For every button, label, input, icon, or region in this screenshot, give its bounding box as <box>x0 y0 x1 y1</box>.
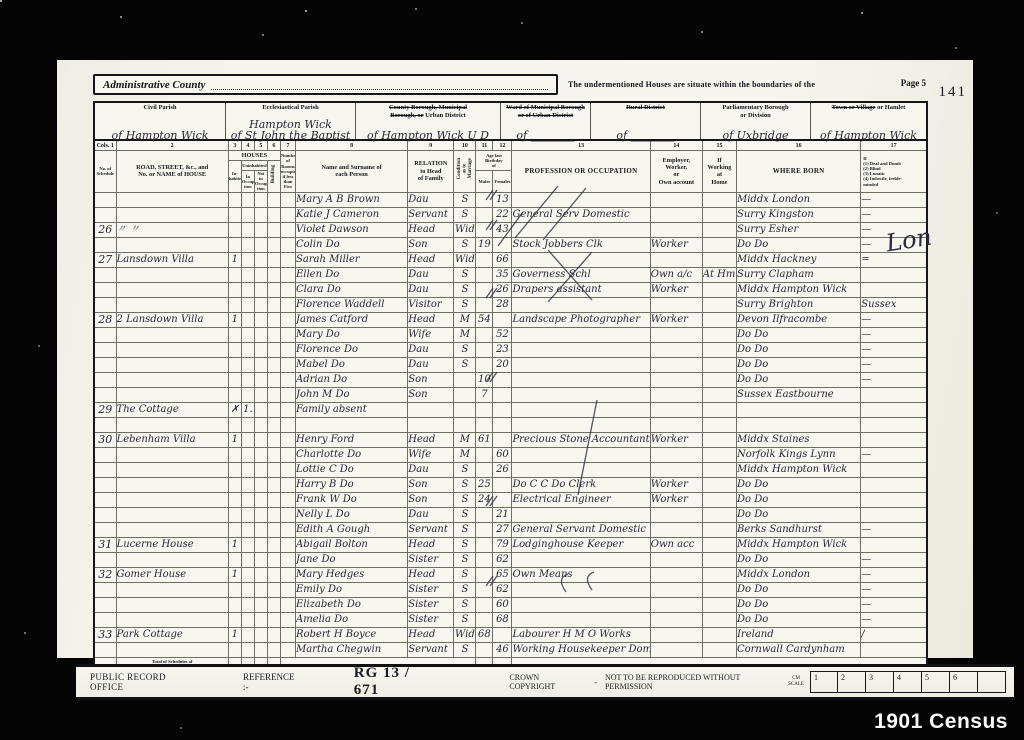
cell-m17: — <box>861 552 927 567</box>
cell-born: Do Do <box>736 357 860 372</box>
cell-f: 13 <box>493 192 512 207</box>
census-row: Clara DoDauS26Drapers assistantWorkerMid… <box>94 282 927 297</box>
cell-h6 <box>267 537 280 552</box>
cell-rooms <box>280 327 295 342</box>
cell-occ <box>512 612 650 627</box>
cell-f: 62 <box>493 582 512 597</box>
ruler-cell: 3 <box>866 671 894 693</box>
header-area-label: Ecclesiastical Parish <box>226 103 355 112</box>
census-row: Florence DoDauS23Do Do— <box>94 342 927 357</box>
cell-rooms <box>280 282 295 297</box>
cell-road <box>116 387 228 402</box>
cell-h6 <box>267 552 280 567</box>
cell-home <box>702 357 736 372</box>
census-row: Frank W DoSonS24Electrical EngineerWorke… <box>94 492 927 507</box>
cell-rel: Dau <box>408 462 454 477</box>
cell-h5 <box>254 342 267 357</box>
cell-rel: Head <box>408 312 454 327</box>
census-row: John M DoSon7Sussex Eastbourne <box>94 387 927 402</box>
cell-home <box>702 522 736 537</box>
cell-road: Lebenham Villa <box>116 432 228 447</box>
cell-name: Charlotte Do <box>295 447 407 462</box>
cell-emp <box>650 567 702 582</box>
cell-m17: — <box>861 327 927 342</box>
admin-county-row: Administrative County The undermentioned… <box>93 74 928 100</box>
cell-h4 <box>241 447 254 462</box>
cell-rel: Wife <box>408 327 454 342</box>
col-number: 12 <box>493 140 512 151</box>
cell-f: 66 <box>493 252 512 267</box>
cell-born: Do Do <box>736 552 860 567</box>
cell-h3 <box>228 207 241 222</box>
cell-occ: General Servant Domestic <box>512 522 650 537</box>
cell-m17 <box>861 537 927 552</box>
cell-cond: S <box>454 492 476 507</box>
cell-rel: Dau <box>408 357 454 372</box>
cell-road <box>116 357 228 372</box>
cell-m <box>476 567 493 582</box>
census-row <box>94 417 927 432</box>
cell-rooms <box>280 582 295 597</box>
cell-born: Do Do <box>736 507 860 522</box>
cell-h3 <box>228 582 241 597</box>
cell-emp <box>650 222 702 237</box>
cell-name: Mary Hedges <box>295 567 407 582</box>
cell-rooms <box>280 267 295 282</box>
cell-h4 <box>241 252 254 267</box>
cell-born <box>736 417 860 432</box>
census-row: Nelly L DoDauS21Do Do <box>94 507 927 522</box>
cell-occ: Stock Jobbers Clk <box>512 237 650 252</box>
cell-h5 <box>254 297 267 312</box>
cell-occ <box>512 372 650 387</box>
census-row: Edith A GoughServantS27General Servant D… <box>94 522 927 537</box>
cell-occ <box>512 327 650 342</box>
cell-rel: Sister <box>408 552 454 567</box>
cell-h4 <box>241 237 254 252</box>
cell-sch <box>94 492 116 507</box>
cell-m: 24 <box>476 492 493 507</box>
cell-name: Amelia Do <box>295 612 407 627</box>
cell-road <box>116 192 228 207</box>
cell-h4 <box>241 537 254 552</box>
cell-road: Lucerne House <box>116 537 228 552</box>
cell-m: 19 <box>476 237 493 252</box>
header-area-label: Civil Parish <box>95 103 225 112</box>
cell-rooms <box>280 357 295 372</box>
cell-m17 <box>861 432 927 447</box>
cell-m <box>476 417 493 432</box>
cell-emp: Worker <box>650 432 702 447</box>
cell-road <box>116 372 228 387</box>
cell-m <box>476 402 493 417</box>
cell-m17: — <box>861 612 927 627</box>
cell-occ: Own Means <box>512 567 650 582</box>
table-header: Cols. 1234567891011121314151617 No. of S… <box>94 140 927 192</box>
header-area-value: Hampton Wickof St John the Baptist <box>226 119 355 141</box>
cell-road <box>116 522 228 537</box>
cell-f: 20 <box>493 357 512 372</box>
cell-home <box>702 492 736 507</box>
cell-cond: S <box>454 582 476 597</box>
cell-cond <box>454 417 476 432</box>
cell-cond: S <box>454 537 476 552</box>
cell-emp <box>650 612 702 627</box>
cell-f: 21 <box>493 507 512 522</box>
cell-h4 <box>241 357 254 372</box>
cell-f <box>493 417 512 432</box>
cell-sch: 30 <box>94 432 116 447</box>
cell-occ <box>512 222 650 237</box>
cell-born: Middx Hackney <box>736 252 860 267</box>
census-table: Cols. 1234567891011121314151617 No. of S… <box>93 139 928 686</box>
cell-h6 <box>267 357 280 372</box>
cell-emp: Worker <box>650 477 702 492</box>
cell-born: Surry Esher <box>736 222 860 237</box>
cell-f: 22 <box>493 207 512 222</box>
cell-home <box>702 462 736 477</box>
ruler-cell: 4 <box>894 671 922 693</box>
cell-road <box>116 297 228 312</box>
cell-rooms <box>280 567 295 582</box>
cell-f <box>493 492 512 507</box>
admin-county-label: Administrative County <box>103 79 205 91</box>
cell-f: 60 <box>493 597 512 612</box>
cell-rel: Visitor <box>408 297 454 312</box>
cell-h6 <box>267 597 280 612</box>
cell-sch: 31 <box>94 537 116 552</box>
col-inoccupation-header: In Occupa- tion <box>241 171 254 193</box>
cell-m17: — <box>861 447 927 462</box>
cell-emp <box>650 522 702 537</box>
cm-scale-ruler: 123456 <box>810 671 1006 693</box>
cell-h5 <box>254 612 267 627</box>
cell-rel: Head <box>408 432 454 447</box>
cell-name: John M Do <box>295 387 407 402</box>
cell-sch <box>94 507 116 522</box>
cell-h6 <box>267 522 280 537</box>
cell-m17: — <box>861 312 927 327</box>
cell-rooms <box>280 537 295 552</box>
header-area-value: of Hampton Wick <box>95 130 225 141</box>
cell-h4 <box>241 552 254 567</box>
cell-m <box>476 297 493 312</box>
cell-occ <box>512 357 650 372</box>
cell-h6 <box>267 327 280 342</box>
situate-line: The undermentioned Houses are situate wi… <box>568 80 838 89</box>
cell-emp: Worker <box>650 312 702 327</box>
cell-h4 <box>241 627 254 642</box>
cell-f <box>493 312 512 327</box>
cell-h3 <box>228 387 241 402</box>
cell-name: Harry B Do <box>295 477 407 492</box>
cell-rel: Son <box>408 492 454 507</box>
col-whereborn-header: WHERE BORN <box>736 151 860 193</box>
cell-name: Ellen Do <box>295 267 407 282</box>
col-schedule-header: No. of Schedule <box>94 151 116 193</box>
cell-h3 <box>228 342 241 357</box>
cell-f <box>493 627 512 642</box>
cell-sch <box>94 327 116 342</box>
separator-dash: - <box>594 678 597 687</box>
cell-h3 <box>228 237 241 252</box>
cell-rel: Dau <box>408 507 454 522</box>
cell-m <box>476 357 493 372</box>
cell-m <box>476 342 493 357</box>
cell-h6 <box>267 237 280 252</box>
census-row: 282 Lansdown Villa1James CatfordHeadM54L… <box>94 312 927 327</box>
cell-home <box>702 642 736 657</box>
admin-county-blank-line <box>211 79 548 90</box>
cell-occ <box>512 387 650 402</box>
cell-born: Ireland <box>736 627 860 642</box>
cell-cond: S <box>454 357 476 372</box>
cell-occ: Working Housekeeper Domest <box>512 642 650 657</box>
cell-occ <box>512 462 650 477</box>
cell-born: Surry Brighton <box>736 297 860 312</box>
cell-h6 <box>267 627 280 642</box>
cell-home <box>702 417 736 432</box>
cell-cond: S <box>454 552 476 567</box>
cell-sch <box>94 372 116 387</box>
cell-home <box>702 432 736 447</box>
cell-m <box>476 522 493 537</box>
cell-rooms <box>280 417 295 432</box>
cell-occ: Electrical Engineer <box>512 492 650 507</box>
cell-cond <box>454 402 476 417</box>
cell-name: Abigail Bolton <box>295 537 407 552</box>
cell-cond: S <box>454 267 476 282</box>
cell-sch <box>94 342 116 357</box>
cell-name: Frank W Do <box>295 492 407 507</box>
cell-f <box>493 237 512 252</box>
cell-f: 65 <box>493 567 512 582</box>
cell-m17 <box>861 417 927 432</box>
col-houses-group-header: HOUSES <box>228 151 280 161</box>
cell-h5 <box>254 207 267 222</box>
cell-rel: Head <box>408 537 454 552</box>
cell-cond: Wid <box>454 252 476 267</box>
cell-m17: — <box>861 357 927 372</box>
cell-rel: Son <box>408 237 454 252</box>
header-area: Town or Village or Hamletof Hampton Wick <box>810 103 926 139</box>
cell-h4 <box>241 597 254 612</box>
cell-cond: Wid <box>454 627 476 642</box>
cell-sch <box>94 417 116 432</box>
census-row: Elizabeth DoSisterS60Do Do— <box>94 597 927 612</box>
cell-h3 <box>228 357 241 372</box>
cell-h4 <box>241 432 254 447</box>
cell-emp <box>650 417 702 432</box>
cell-home <box>702 192 736 207</box>
cell-m: 54 <box>476 312 493 327</box>
cell-m: 61 <box>476 432 493 447</box>
cell-h3 <box>228 327 241 342</box>
ruler-cell: 1 <box>810 671 838 693</box>
cell-m <box>476 552 493 567</box>
cell-road: Lansdown Villa <box>116 252 228 267</box>
cell-home <box>702 222 736 237</box>
cell-occ <box>512 192 650 207</box>
cell-home <box>702 552 736 567</box>
cell-rooms <box>280 507 295 522</box>
cell-cond: Wid <box>454 222 476 237</box>
cell-born: Middx Staines <box>736 432 860 447</box>
cell-h6 <box>267 372 280 387</box>
folio-number: 141 <box>939 84 968 101</box>
cell-born: Do Do <box>736 612 860 627</box>
table-body: Mary A B BrownDauS13Middx London—Katie J… <box>94 192 927 657</box>
cell-cond: M <box>454 432 476 447</box>
cell-h5 <box>254 552 267 567</box>
ruler-cell <box>978 671 1006 693</box>
cell-name: Edith A Gough <box>295 522 407 537</box>
scan-dust-specks <box>0 0 2 2</box>
cell-road <box>116 282 228 297</box>
cell-m: 68 <box>476 627 493 642</box>
cell-sch <box>94 237 116 252</box>
cell-m17 <box>861 267 927 282</box>
cell-h3 <box>228 447 241 462</box>
cell-name: Emily Do <box>295 582 407 597</box>
cell-cond: S <box>454 462 476 477</box>
cell-occ <box>512 417 650 432</box>
cell-cond: S <box>454 342 476 357</box>
cell-cond: S <box>454 642 476 657</box>
cell-home <box>702 282 736 297</box>
cell-h6 <box>267 642 280 657</box>
cell-f: 46 <box>493 642 512 657</box>
cell-name: James Catford <box>295 312 407 327</box>
cell-h4 <box>241 282 254 297</box>
cell-rooms <box>280 207 295 222</box>
cell-f: 60 <box>493 447 512 462</box>
cell-emp: Worker <box>650 282 702 297</box>
cell-h6 <box>267 492 280 507</box>
ruler-cell: 6 <box>950 671 978 693</box>
cell-rooms <box>280 387 295 402</box>
cell-road <box>116 207 228 222</box>
census-row: Martha ChegwinServantS46Working Housekee… <box>94 642 927 657</box>
cell-h3: 1 <box>228 432 241 447</box>
cell-rel: Sister <box>408 582 454 597</box>
cell-name: Elizabeth Do <box>295 597 407 612</box>
cell-f <box>493 402 512 417</box>
cell-rooms <box>280 252 295 267</box>
cell-name: Henry Ford <box>295 432 407 447</box>
cell-sch: 28 <box>94 312 116 327</box>
cell-h4 <box>241 462 254 477</box>
cell-sch <box>94 207 116 222</box>
col-notoccupation-header: Not in Occupa- tion <box>254 171 267 193</box>
cell-h5 <box>254 492 267 507</box>
cell-home <box>702 567 736 582</box>
cell-h4 <box>241 207 254 222</box>
cell-m <box>476 447 493 462</box>
cell-sch: 26 <box>94 222 116 237</box>
cell-cond: S <box>454 522 476 537</box>
cell-h5 <box>254 567 267 582</box>
cell-rel: Dau <box>408 342 454 357</box>
ruler-cell: 2 <box>838 671 866 693</box>
cell-born: Do Do <box>736 477 860 492</box>
header-area: Parliamentary Boroughor Divisionof Uxbri… <box>700 103 810 139</box>
header-area-label: Ward of Municipal Boroughor of Urban Dis… <box>501 103 590 120</box>
cell-m <box>476 612 493 627</box>
cell-h4 <box>241 417 254 432</box>
cell-h4 <box>241 387 254 402</box>
cell-emp <box>650 642 702 657</box>
cell-cond: S <box>454 612 476 627</box>
cell-road: Park Cottage <box>116 627 228 642</box>
cell-sch <box>94 297 116 312</box>
cell-h3 <box>228 477 241 492</box>
cell-road <box>116 417 228 432</box>
cell-sch <box>94 267 116 282</box>
cell-name: Florence Do <box>295 342 407 357</box>
census-row: Florence WaddellVisitorS28Surry Brighton… <box>94 297 927 312</box>
cell-h6 <box>267 267 280 282</box>
cell-h5 <box>254 222 267 237</box>
cell-home <box>702 252 736 267</box>
header-area-value: of ________ <box>591 130 700 141</box>
cell-rel: Son <box>408 387 454 402</box>
cell-born: Berks Sandhurst <box>736 522 860 537</box>
pro-reference-strip: PUBLIC RECORD OFFICE REFERENCE :- RG 13 … <box>76 664 1014 700</box>
cell-h3: ✗ <box>228 402 241 417</box>
crown-copyright-label: CROWN COPYRIGHT <box>509 673 586 691</box>
cell-born: Cornwall Cardynham <box>736 642 860 657</box>
cell-f <box>493 387 512 402</box>
cell-rooms <box>280 447 295 462</box>
cell-rooms <box>280 642 295 657</box>
cell-home <box>702 537 736 552</box>
cell-name: Martha Chegwin <box>295 642 407 657</box>
cell-h3: 1 <box>228 627 241 642</box>
cell-h3: 1 <box>228 567 241 582</box>
cell-emp <box>650 387 702 402</box>
cell-cond: S <box>454 567 476 582</box>
cell-emp: Worker <box>650 237 702 252</box>
cell-h6 <box>267 192 280 207</box>
cell-rooms <box>280 522 295 537</box>
cell-born: Do Do <box>736 582 860 597</box>
cell-cond: M <box>454 312 476 327</box>
cell-h4 <box>241 312 254 327</box>
cell-road <box>116 597 228 612</box>
cell-born: Middx Hampton Wick <box>736 282 860 297</box>
cell-occ <box>512 597 650 612</box>
cell-rooms <box>280 192 295 207</box>
cell-m <box>476 582 493 597</box>
cell-rooms <box>280 492 295 507</box>
cell-h6 <box>267 567 280 582</box>
cell-occ <box>512 252 650 267</box>
cell-h5 <box>254 597 267 612</box>
cell-sch: 27 <box>94 252 116 267</box>
cell-h5 <box>254 402 267 417</box>
cell-road <box>116 582 228 597</box>
cell-h3 <box>228 417 241 432</box>
cell-h5 <box>254 192 267 207</box>
cell-m17: — <box>861 342 927 357</box>
cell-h6 <box>267 252 280 267</box>
cell-occ <box>512 447 650 462</box>
cell-home: At Hm <box>702 267 736 282</box>
cell-h6 <box>267 612 280 627</box>
cell-road <box>116 327 228 342</box>
cell-sch <box>94 282 116 297</box>
